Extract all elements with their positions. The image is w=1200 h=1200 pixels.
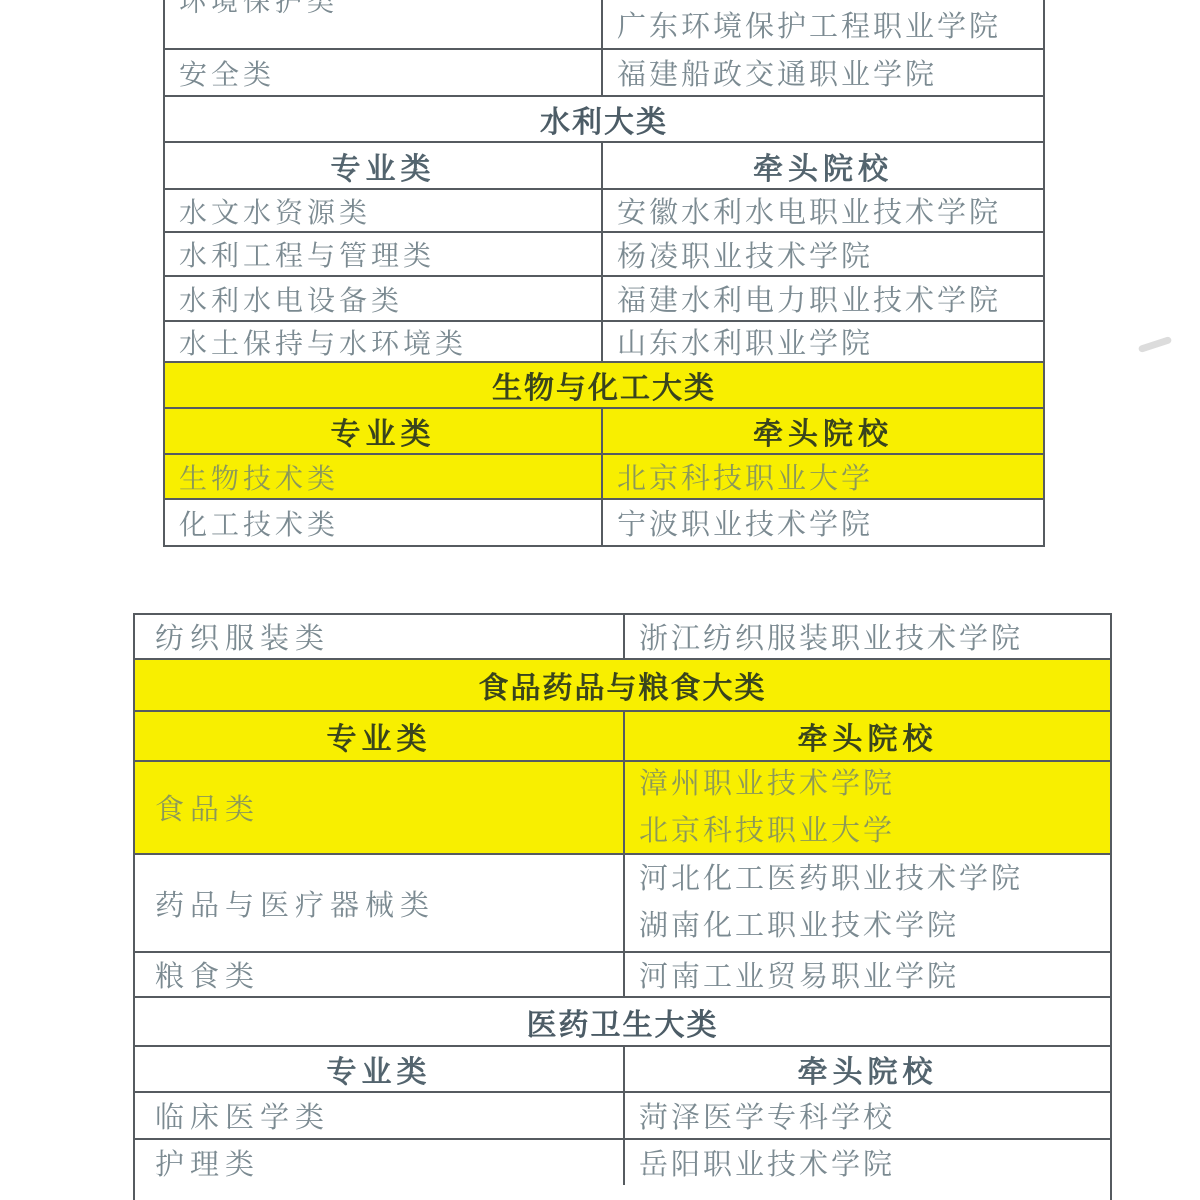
column-header-row-highlighted: 专业类 牵头院校 (135, 712, 1110, 762)
school-cell: 岳阳职业技术学院 (625, 1140, 1110, 1185)
category-cell: 水文水资源类 (165, 190, 603, 231)
category-label: 护理类 (155, 1142, 260, 1183)
school-label: 安徽水利水电职业技术学院 (617, 190, 1001, 231)
column-header-label: 牵头院校 (798, 1047, 938, 1091)
school-label-list: 漳州职业技术学院 北京科技职业大学 (639, 762, 895, 853)
category-cell: 水土保持与水环境类 (165, 322, 603, 361)
column-header-cell: 专业类 (165, 409, 603, 453)
school-cell: 杨凌职业技术学院 (603, 233, 1043, 275)
school-cell: 宁波职业技术学院 (603, 500, 1043, 545)
column-header-row: 专业类 牵头院校 (135, 1047, 1110, 1093)
table-row: 水利水电设备类 福建水利电力职业技术学院 (165, 277, 1043, 322)
school-label: 河南工业贸易职业学院 (639, 954, 959, 995)
column-header-label: 牵头院校 (798, 714, 938, 758)
column-header-cell: 专业类 (135, 1047, 625, 1091)
school-label: 浙江纺织服装职业技术学院 (639, 616, 1023, 657)
category-cell: 水利工程与管理类 (165, 233, 603, 275)
category-label: 水土保持与水环境类 (179, 322, 467, 361)
category-group-header: 水利大类 (165, 97, 1043, 143)
category-label: 水利工程与管理类 (179, 234, 435, 274)
table-upper: 环境保护类 广东环境保护工程职业学院 安全类 福建船政交通职业学院 水利大类 专… (163, 0, 1045, 547)
category-cell: 化工技术类 (165, 500, 603, 545)
group-title: 医药卫生大类 (527, 1000, 719, 1044)
column-header-cell: 牵头院校 (625, 1047, 1110, 1091)
table-lower: 纺织服装类 浙江纺织服装职业技术学院 食品药品与粮食大类 专业类 牵头院校 食品… (133, 613, 1112, 1200)
category-label: 化工技术类 (179, 503, 339, 543)
category-label: 粮食类 (155, 954, 260, 995)
school-label: 岳阳职业技术学院 (639, 1142, 895, 1183)
column-header-cell: 专业类 (135, 712, 625, 760)
group-title: 生物与化工大类 (492, 363, 716, 407)
table-row: 化工技术类 宁波职业技术学院 (165, 500, 1043, 547)
category-group-header-highlighted: 食品药品与粮食大类 (135, 660, 1110, 712)
category-cell: 食品类 (135, 762, 625, 853)
column-header-label: 牵头院校 (753, 144, 893, 188)
school-label: 福建水利电力职业技术学院 (617, 278, 1001, 319)
table-row: 水利工程与管理类 杨凌职业技术学院 (165, 233, 1043, 277)
column-header-cell: 牵头院校 (603, 409, 1043, 453)
table-row-highlighted: 食品类 漳州职业技术学院 北京科技职业大学 (135, 762, 1110, 855)
school-label: 福建船政交通职业学院 (617, 52, 937, 93)
table-row: 安全类 福建船政交通职业学院 (165, 50, 1043, 97)
category-label: 生物技术类 (179, 457, 339, 497)
column-header-row: 专业类 牵头院校 (165, 143, 1043, 190)
school-label: 湖南化工职业技术学院 (639, 903, 1023, 950)
scanned-document-page: { "document": { "type": "scanned-table-d… (0, 0, 1200, 1200)
table-row: 水土保持与水环境类 山东水利职业学院 (165, 322, 1043, 363)
category-label: 药品与医疗器械类 (155, 883, 435, 924)
school-label: 漳州职业技术学院 (639, 762, 895, 808)
school-cell: 福建水利电力职业技术学院 (603, 277, 1043, 320)
school-label: 北京科技职业大学 (639, 808, 895, 854)
category-label: 纺织服装类 (155, 616, 330, 657)
school-label-list: 河北化工医药职业技术学院 湖南化工职业技术学院 (639, 856, 1023, 950)
table-row: 环境保护类 广东环境保护工程职业学院 (165, 0, 1043, 50)
column-header-label: 牵头院校 (753, 409, 893, 453)
school-cell: 河南工业贸易职业学院 (625, 953, 1110, 996)
column-header-row-highlighted: 专业类 牵头院校 (165, 409, 1043, 455)
table-row: 纺织服装类 浙江纺织服装职业技术学院 (135, 615, 1110, 660)
category-cell: 环境保护类 (165, 0, 603, 48)
scan-smudge-artifact (1138, 336, 1172, 353)
school-label: 菏泽医学专科学校 (639, 1095, 895, 1136)
column-header-label: 专业类 (331, 144, 436, 188)
school-cell: 广东环境保护工程职业学院 (603, 0, 1043, 48)
school-cell: 福建船政交通职业学院 (603, 50, 1043, 95)
category-cell: 纺织服装类 (135, 615, 625, 658)
school-cell: 浙江纺织服装职业技术学院 (625, 615, 1110, 658)
column-header-cell: 专业类 (165, 143, 603, 188)
category-label: 水利水电设备类 (179, 279, 403, 319)
school-label: 杨凌职业技术学院 (617, 234, 873, 275)
school-label: 宁波职业技术学院 (617, 502, 873, 543)
table-row: 粮食类 河南工业贸易职业学院 (135, 953, 1110, 998)
category-group-header-highlighted: 生物与化工大类 (165, 363, 1043, 409)
column-header-label: 专业类 (327, 1047, 432, 1091)
school-cell: 漳州职业技术学院 北京科技职业大学 (625, 762, 1110, 853)
category-group-header: 医药卫生大类 (135, 998, 1110, 1047)
category-label: 临床医学类 (155, 1095, 330, 1136)
school-label: 河北化工医药职业技术学院 (639, 856, 1023, 903)
table-row-highlighted: 生物技术类 北京科技职业大学 (165, 455, 1043, 500)
category-cell: 护理类 (135, 1140, 625, 1185)
school-cell: 菏泽医学专科学校 (625, 1093, 1110, 1138)
table-row: 水文水资源类 安徽水利水电职业技术学院 (165, 190, 1043, 233)
category-label: 食品类 (155, 787, 260, 828)
table-row: 临床医学类 菏泽医学专科学校 (135, 1093, 1110, 1140)
column-header-label: 专业类 (327, 714, 432, 758)
school-cell: 安徽水利水电职业技术学院 (603, 190, 1043, 231)
school-cell: 河北化工医药职业技术学院 湖南化工职业技术学院 (625, 855, 1110, 951)
category-cell: 粮食类 (135, 953, 625, 996)
group-title: 水利大类 (540, 97, 668, 141)
table-row: 药品与医疗器械类 河北化工医药职业技术学院 湖南化工职业技术学院 (135, 855, 1110, 953)
column-header-cell: 牵头院校 (603, 143, 1043, 188)
category-label: 水文水资源类 (179, 191, 371, 231)
school-label: 北京科技职业大学 (617, 456, 873, 497)
category-label: 安全类 (179, 53, 275, 93)
school-cell: 北京科技职业大学 (603, 455, 1043, 498)
category-cell: 临床医学类 (135, 1093, 625, 1138)
school-label: 山东水利职业学院 (617, 322, 873, 361)
category-label-clipped: 环境保护类 (179, 0, 339, 19)
column-header-label: 专业类 (331, 409, 436, 453)
category-cell: 安全类 (165, 50, 603, 95)
table-row-cut-off: 护理类 岳阳职业技术学院 (135, 1140, 1110, 1185)
category-cell: 生物技术类 (165, 455, 603, 498)
school-cell: 山东水利职业学院 (603, 322, 1043, 361)
school-label: 广东环境保护工程职业学院 (617, 4, 1001, 45)
group-title: 食品药品与粮食大类 (479, 663, 767, 707)
category-cell: 水利水电设备类 (165, 277, 603, 320)
category-cell: 药品与医疗器械类 (135, 855, 625, 951)
column-header-cell: 牵头院校 (625, 712, 1110, 760)
